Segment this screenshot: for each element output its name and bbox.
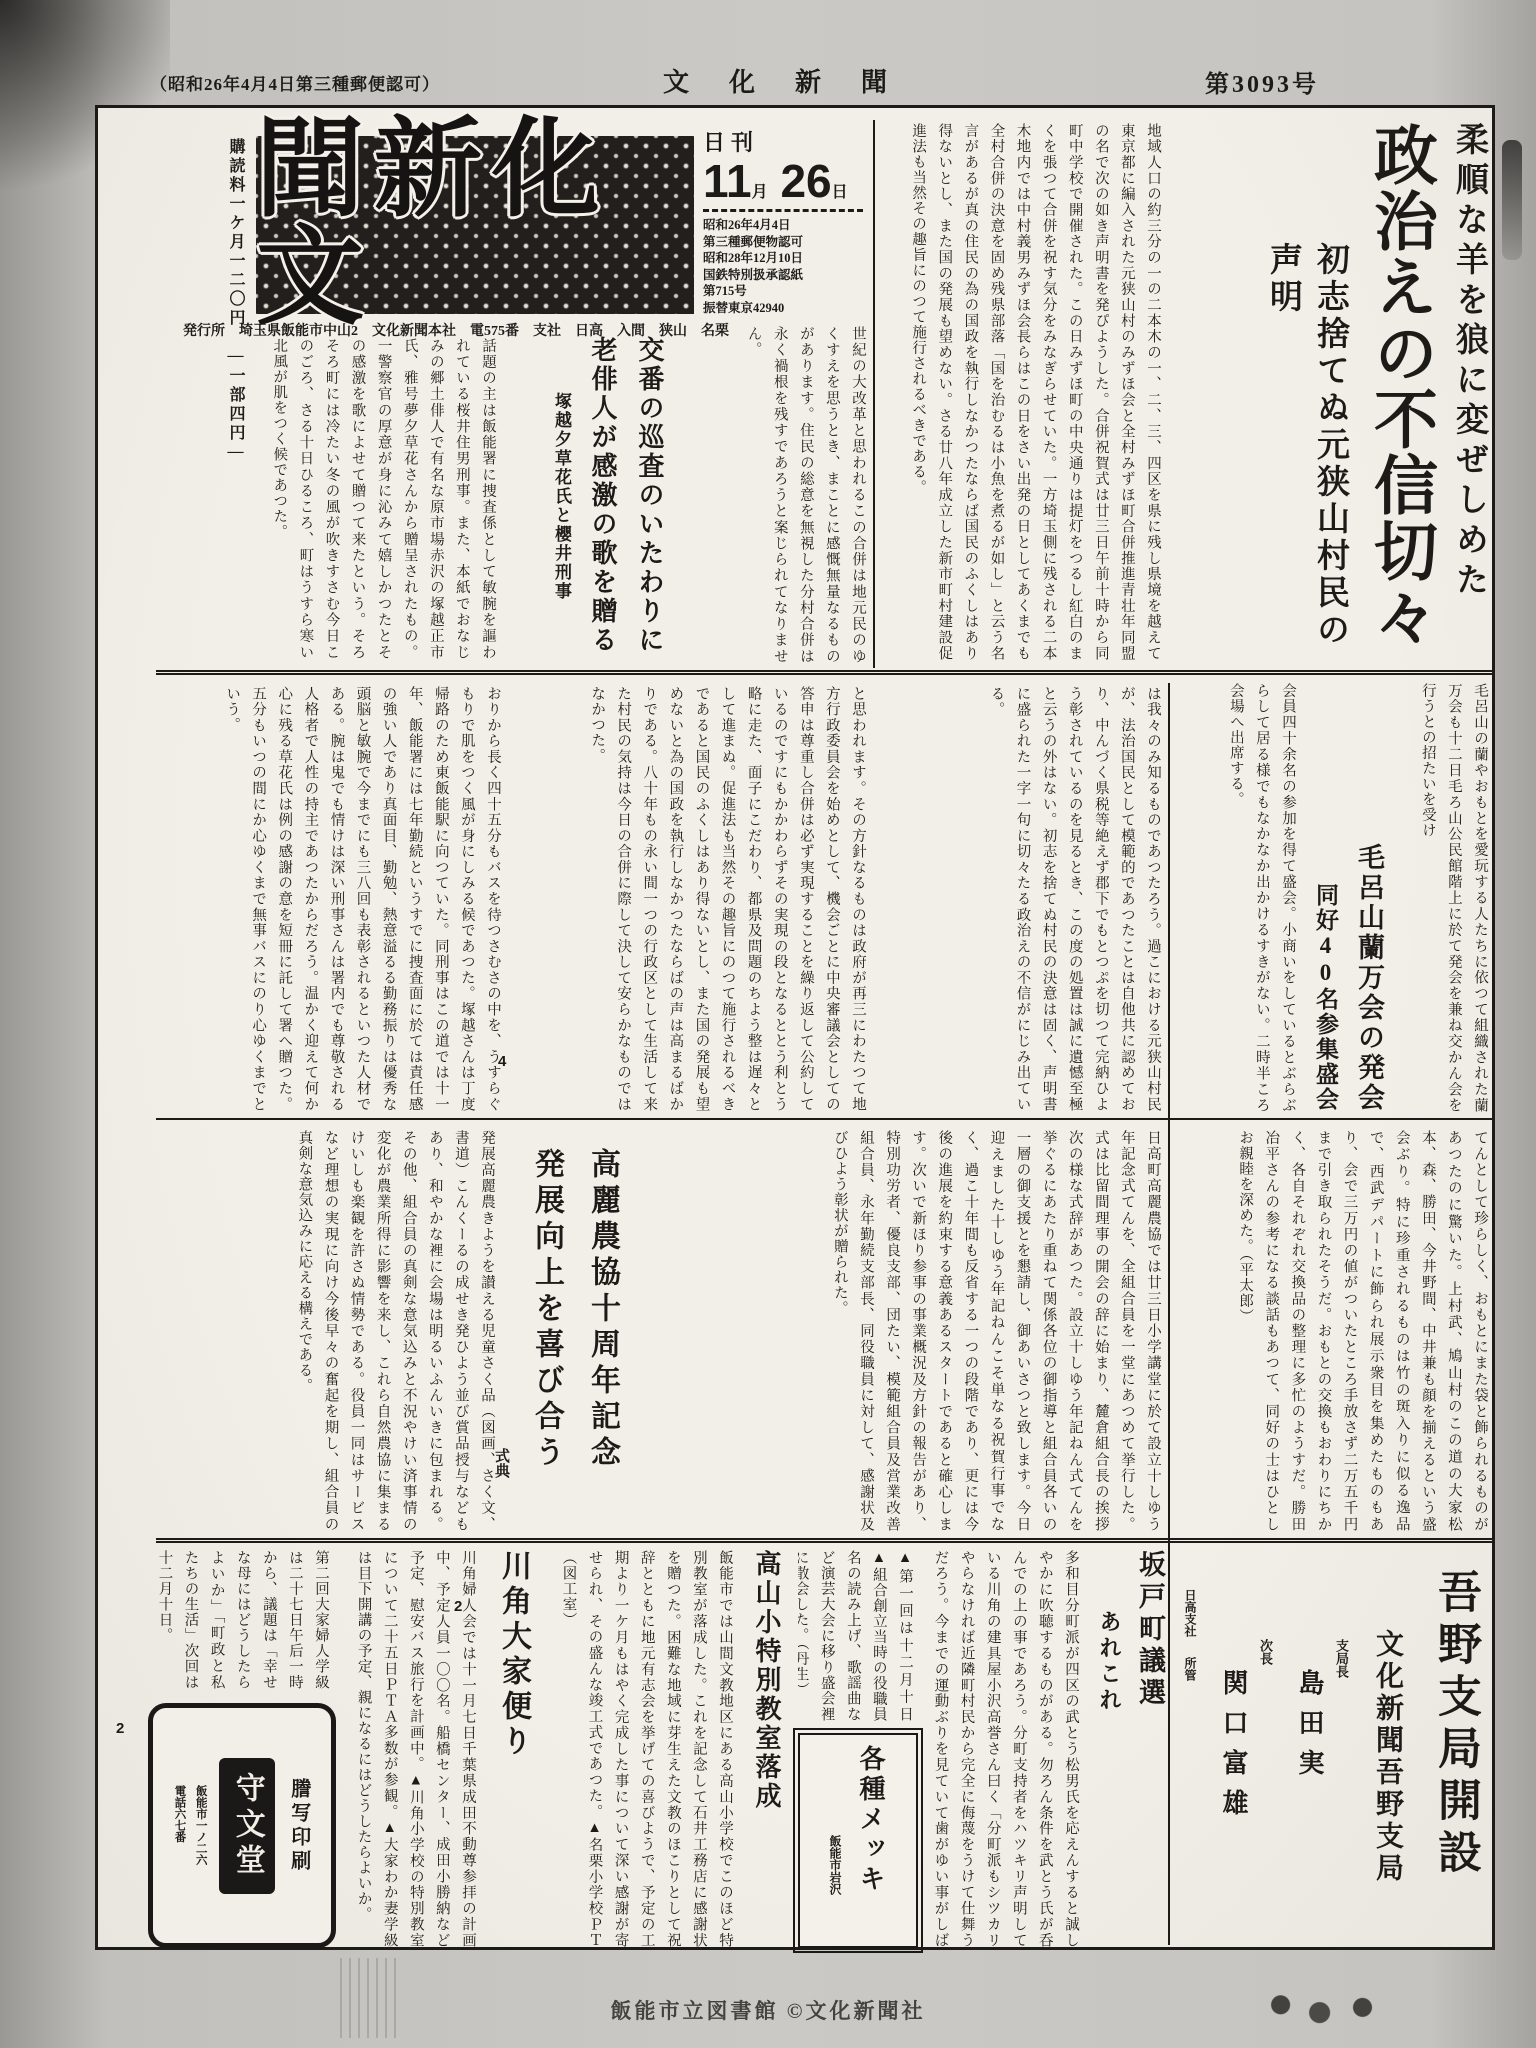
mekki-ad-address: 飯能市岩沢 [827,1745,844,1895]
approval-line-6: 振替東京42940 [703,300,863,317]
kouban-headline-1: 交番の巡査のいたわりに [631,336,668,661]
takayama-article-block: 高山小特別教室落成 飯能市では山間文教地区にある高山小学校でこのほど特別教室が落… [543,1550,785,1948]
gano-role2-label: 次長 [1256,1569,1275,1939]
approval-line-2: 第三種郵便物認可 [703,234,863,251]
gano-role2-group: 次長 関口富雄 [1215,1569,1275,1939]
main-article-body-declaration: は我々のみ知るものであつたろう。過こにおける元狭山村民が、法治国民として模範的で… [878,686,1166,1112]
gano-ad-office: 文化新聞吾野支局 [1367,1569,1407,1939]
sakado-headline-1: 坂戸町議選 [1131,1550,1170,1948]
shubundo-ad-contact: 飯能市一ノ二六 電話六七番 [170,1785,209,1866]
shubundo-ad-name: 守文堂 [219,1758,275,1894]
ranmankai-body-left: 会員四十余名の参加を得て盛会。小商いをしているとぶらぶらして居る様でもなかなか出… [1205,683,1301,1113]
kouban-subhead: 塚越夕草花氏と櫻井刑事 [549,336,574,661]
column-rule-vertical-1 [873,120,875,668]
shubundo-ad-service: 謄写印刷 [285,1778,314,1874]
takayama-body: 飯能市では山間文教地区にある高山小学校でこのほど特別教室が落成した。これを記念し… [543,1550,738,1948]
shubundo-ad: 謄写印刷 守文堂 飯能市一ノ二六 電話六七番 [148,1703,336,1948]
kouban-body-1: 話題の主は飯能署に捜査係として敏腕を謳われている桜井住男刑事。また、本紙でおなじ… [258,338,501,660]
month-unit: 月 [752,184,768,201]
main-article-headline-block: 柔順な羊を狼に変ぜしめた 政治えの不信切々 初志捨てぬ元狭山村民の声明 [1173,122,1493,667]
sakado-body: 多和目分町派が四区の武とう松男氏を応えんすると誠しやかに吹聴するものがある。勿ろ… [926,1550,1084,1948]
korma-body-right: 日高町高麗農協では廿三日小学講堂に於て設立十しゆう年記念式てんを、全組合員を一堂… [630,1130,1166,1532]
scan-edge-smudge [1502,140,1522,260]
sakado-headline-group: 坂戸町議選 あれこれ [1094,1550,1170,1948]
gano-role1-label: 支局長 [1332,1569,1351,1939]
subscription-price: 購読料一ケ月一二〇円 ―一部四円― [158,138,256,568]
gano-note-group: 日高支社 所管 [1182,1569,1199,1939]
kawakado-body-2: 第二回大家婦人学級は二十七日午后一時から、議題は「幸せな母にはどうしたらよいか」… [148,1550,334,1690]
page-number-marker: 2 [116,1720,124,1737]
main-article-headline: 政治えの不信切々 [1368,122,1432,667]
approval-line-4: 国鉄特別扱承認紙 [703,267,863,284]
gano-note-1: 日高支社 [1182,1569,1199,1637]
gano-role2-name: 関口富雄 [1215,1569,1252,1939]
kawakado-headline: 川角大家便り [491,1550,535,1948]
gano-note-2: 所管 [1182,1637,1199,1681]
page-top-margin: （昭和26年4月4日第三種郵便認可） 文化新聞 第3093号 [95,62,1495,98]
main-article-body-top: 地域人口の約三分の一の二本木の一、二、三、四区を県に残し県境を越えて東京都に編入… [878,123,1166,661]
ranmankai-headline: 毛呂山蘭万会の発会 [1350,683,1389,1113]
daily-label: 日刊 [703,126,863,157]
approval-line-3: 昭和28年12月10日 [703,250,863,267]
gano-role1-group: 支局長 島田実 [1291,1569,1351,1939]
misc-column: ▲第一回は十二月十日 ▲組合創立当時の役職員名の読み上げ、歌謡曲など演芸大会に移… [798,1550,918,1722]
column-number-marker: 4 [498,1053,506,1070]
page-number-marker-2: 2 [454,1598,462,1615]
ranmankai-body-right: 毛呂山の蘭やおもとを愛玩する人たちに依つて組織された蘭万会も十二日毛ろ山公民館階… [1397,683,1493,1113]
shubundo-ad-phone: 電話六七番 [170,1785,187,1866]
sakado-headline-2: あれこれ [1094,1550,1125,1948]
main-article-kicker: 柔順な羊を狼に変ぜしめた [1446,122,1493,667]
postal-approval-note: （昭和26年4月4日第三種郵便認可） [150,70,440,95]
newspaper-scan: （昭和26年4月4日第三種郵便認可） 文化新聞 第3093号 購読料一ケ月一二〇… [0,0,1536,2048]
newspaper-page: 購読料一ケ月一二〇円 ―一部四円― 聞新化文 発行所 埼玉県飯能市中山2 文化新… [95,105,1495,1950]
ranmankai-subhead: 同好40名参集盛会 [1309,683,1342,1113]
gano-role1-name: 島田実 [1291,1569,1328,1939]
ranmankai-body-2: てんとして珍らしく、おもとにまた袋と飾られるものがあつたのに驚いた。上村武、鳩山… [1173,1130,1493,1532]
section-rule-1 [156,670,1493,675]
day-unit: 日 [832,184,848,201]
main-article-body-below-date: 世紀の大改革と思われるこの合併は地元民のゆくすえを思うとき、まことに感慨無量なる… [695,326,871,664]
korma-headline-1: 高麗農協十周年記念 [580,1148,624,1533]
date-block: 日刊 11月 26日 昭和26年4月4日 第三種郵便物認可 昭和28年12月10… [695,122,871,318]
approval-line-1: 昭和26年4月4日 [703,217,863,234]
shubundo-ad-address: 飯能市一ノ二六 [192,1785,209,1866]
day-number: 26 [780,155,831,207]
section-rule-2 [156,1118,1493,1120]
masthead-logo: 聞新化文 [256,136,694,314]
month-number: 11 [703,155,752,207]
ranmankai-article-block: 毛呂山の蘭やおもとを愛玩する人たちに依つて組織された蘭万会も十二日毛ろ山公民館階… [1173,683,1493,1113]
masthead-logo-text: 聞新化文 [256,117,694,333]
section-rule-3 [156,1538,1493,1543]
mekki-ad-title: 各種メッキ [852,1745,889,1895]
kouban-headline-2: 老俳人が感激の歌を贈る [584,336,621,661]
issue-date: 11月 26日 [703,157,863,212]
running-head-paper-name: 文化新聞 [515,62,1075,99]
korma-body-left: 発展高麗農きようを讃える児童さく品（図画、さく文、書道）こんくーるの成せき発ひよ… [160,1130,500,1532]
issue-number: 第3093号 [1205,64,1319,99]
kouban-body-2: おりから長く四十五分もバスを待つさむさの中を、うすらぐもりで肌をつく風が身にしみ… [160,686,506,1112]
korma-headline-2: 発展向上を喜び合う [524,1148,568,1533]
kouban-article-headline-block: 交番の巡査のいたわりに 老俳人が感激の歌を贈る 塚越夕草花氏と櫻井刑事 [503,336,668,661]
gano-branch-ad: 吾野支局開設 文化新聞吾野支局 支局長 島田実 次長 関口富雄 日高支社 所管 [1178,1563,1493,1945]
kawakado-article-block: 川角大家便り 川角婦人会では十一月七日千葉県成田不動尊参拝の計画中、予定人員一〇… [343,1550,535,1948]
library-credit: 飯能市立図書館 ©文化新聞社 [0,1995,1536,2025]
approval-line-5: 第715号 [703,283,863,300]
takayama-headline: 高山小特別教室落成 [748,1550,785,1948]
sakado-article-block: 坂戸町議選 あれこれ 多和目分町派が四区の武とう松男氏を応えんすると誠しやかに吹… [926,1550,1170,1948]
mekki-ad: 各種メッキ 飯能市岩沢 [798,1733,918,1948]
gano-ad-title: 吾野支局開設 [1423,1569,1487,1939]
main-article-subhead: 初志捨てぬ元狭山村民の声明 [1260,122,1354,667]
korma-article-headline-block: 高麗農協十周年記念 発展向上を喜び合う 式典 [506,1148,624,1533]
main-article-body-mid: と思われます。その方針なるものは政府が再三にわたつて地方行政委員会を始めとして、… [513,686,871,1112]
postal-approval-lines: 昭和26年4月4日 第三種郵便物認可 昭和28年12月10日 国鉄特別扱承認紙 … [703,217,863,316]
